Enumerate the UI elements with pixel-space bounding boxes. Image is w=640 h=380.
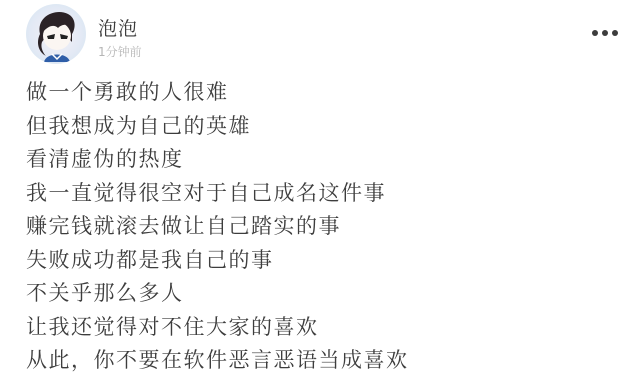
post-line: 但我想成为自己的英雄 <box>26 110 409 144</box>
post-line: 我一直觉得很空对于自己成名这件事 <box>26 177 409 211</box>
post-content: 做一个勇敢的人很难 但我想成为自己的英雄 看清虚伪的热度 我一直觉得很空对于自己… <box>26 76 409 378</box>
author-name[interactable]: 泡泡 <box>98 14 138 41</box>
more-dots-icon <box>592 30 598 36</box>
more-dots-icon <box>602 30 608 36</box>
post-line: 从此，你不要在软件恶言恶语当成喜欢 <box>26 344 409 378</box>
post-line: 不关乎那么多人 <box>26 277 409 311</box>
cartoon-girl-avatar-icon <box>26 4 86 64</box>
post-line: 失败成功都是我自己的事 <box>26 244 409 278</box>
post-card: 泡泡 1分钟前 做一个勇敢的人很难 但我想成为自己的英雄 看清虚伪的热度 我一直… <box>0 0 640 380</box>
post-header: 泡泡 1分钟前 <box>26 4 626 66</box>
more-options-button[interactable] <box>592 30 618 36</box>
post-line: 赚完钱就滚去做让自己踏实的事 <box>26 210 409 244</box>
avatar[interactable] <box>26 4 86 64</box>
post-line: 让我还觉得对不住大家的喜欢 <box>26 311 409 345</box>
more-dots-icon <box>612 30 618 36</box>
post-line: 看清虚伪的热度 <box>26 143 409 177</box>
post-line: 做一个勇敢的人很难 <box>26 76 409 110</box>
post-time: 1分钟前 <box>98 43 142 60</box>
